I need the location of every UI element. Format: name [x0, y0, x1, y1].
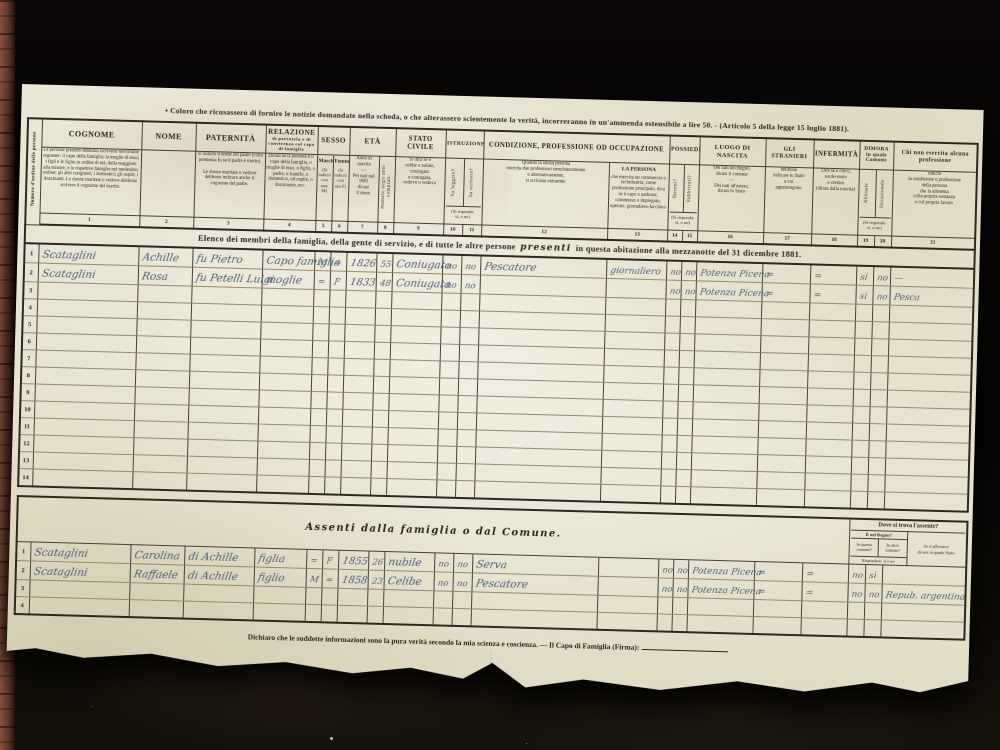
- cell: [256, 475, 308, 494]
- terreni-rotated: Terreni?: [673, 178, 679, 198]
- cell: =: [753, 580, 801, 600]
- cell: no: [681, 261, 697, 281]
- cell: [872, 305, 889, 322]
- handwritten-entry: Raffaele: [130, 569, 178, 583]
- terreni-cell: Terreni?: [669, 165, 683, 212]
- la-persona-note: che esercita un commercio o un'industria…: [609, 175, 667, 212]
- cell: [663, 367, 678, 384]
- row-number: 2: [16, 561, 31, 580]
- cell: [601, 433, 661, 452]
- handwritten-entry: 1833: [346, 278, 376, 291]
- cell: [373, 376, 389, 393]
- handwritten-entry: di Achille: [185, 552, 239, 566]
- cell: [678, 384, 693, 401]
- cell: [390, 326, 440, 344]
- cell: [341, 443, 371, 461]
- cell: [191, 303, 261, 322]
- cell: fu Petelli Luigi: [192, 267, 262, 288]
- col-number-19: 19: [857, 235, 874, 247]
- cell: [137, 285, 191, 303]
- cell: [660, 469, 675, 486]
- maschi-label: Maschi: [318, 158, 331, 165]
- handwritten-entry: =: [810, 291, 822, 302]
- handwritten-entry: 23: [368, 578, 383, 589]
- cell: =: [810, 264, 857, 285]
- handwritten-entry: no: [873, 293, 888, 304]
- handwritten-entry: Rosa: [138, 271, 168, 284]
- handwritten-entry: Potenza Picena: [688, 586, 761, 599]
- occasionale-rotated: Occasionale: [880, 179, 886, 208]
- cell: [847, 602, 864, 619]
- cell: [672, 597, 687, 614]
- col-note-paternita: Si indichi il nome del padre (colla prem…: [193, 151, 265, 219]
- cell: [805, 456, 851, 474]
- cell: [808, 337, 854, 355]
- cell: [135, 370, 189, 388]
- handwritten-entry: no: [673, 586, 688, 597]
- col-number-14: 14: [667, 230, 682, 242]
- cell: [677, 401, 692, 418]
- cell: [661, 452, 676, 469]
- handwritten-entry: no: [848, 591, 863, 602]
- col-note-possiede: Terreni?Fabbricati? (Si risponda: sì, o …: [667, 164, 699, 231]
- cell: [686, 615, 752, 634]
- cell: no: [673, 559, 689, 578]
- cell: [868, 441, 885, 458]
- cell: [756, 489, 804, 508]
- cell: [601, 450, 661, 469]
- cell: [136, 319, 190, 337]
- cell: [311, 357, 327, 374]
- cell: [29, 597, 129, 617]
- col-note-cognome: Le persone presenti debbono iscriversi n…: [40, 147, 142, 216]
- cell: [605, 278, 666, 299]
- handwritten-entry: 1858: [338, 576, 368, 589]
- cell: [387, 445, 437, 463]
- cell: [452, 591, 471, 609]
- cell: [308, 459, 324, 476]
- cell: [656, 614, 671, 632]
- absent-table: Assenti dalla famiglia o dal Comune. Dov…: [14, 495, 969, 641]
- cell: [687, 598, 753, 617]
- handwritten-entry: 48: [376, 280, 391, 291]
- cell: sì: [856, 266, 874, 286]
- col-number-8: 8: [377, 222, 393, 234]
- cell: moglie: [262, 269, 314, 289]
- cell: [851, 440, 868, 457]
- cell: =: [754, 561, 802, 581]
- cell: [375, 308, 391, 325]
- cell: [694, 334, 760, 353]
- cell: [805, 439, 851, 457]
- dimora-note: (Si risponda: sì, o no): [859, 217, 890, 236]
- col-number-7: 7: [347, 221, 377, 233]
- cell: [134, 404, 188, 422]
- cell: [388, 411, 438, 429]
- census-sheet: • Coloro che ricusassero di fornire le n…: [6, 84, 984, 702]
- cell: [311, 374, 327, 391]
- cell: [808, 354, 854, 372]
- cell: Scataglini: [30, 542, 130, 564]
- cell: [133, 421, 187, 439]
- cell: [129, 600, 183, 619]
- cell: [800, 618, 847, 637]
- handwritten-entry: no: [435, 560, 450, 571]
- cell: [312, 323, 328, 340]
- cell: [383, 606, 433, 625]
- cell: [458, 378, 477, 396]
- handwritten-entry: no: [849, 572, 864, 583]
- cell: Potenza Picena: [687, 579, 753, 600]
- cell: [188, 405, 258, 424]
- cell: [345, 307, 375, 325]
- cell: [852, 423, 869, 440]
- cell: [310, 408, 326, 425]
- handwritten-entry: =: [331, 259, 342, 270]
- cell: Potenza Picena: [696, 261, 763, 282]
- cell: di Achille: [184, 565, 254, 586]
- cell: [869, 407, 886, 424]
- cell: [312, 340, 328, 357]
- cell: [137, 302, 191, 320]
- cell: no: [680, 280, 696, 299]
- handwritten-entry: =: [802, 589, 814, 600]
- cell: Potenza Picena: [695, 281, 761, 302]
- cell: =: [801, 582, 848, 602]
- cell: [324, 477, 340, 495]
- cell: [370, 478, 386, 496]
- cell: [676, 435, 691, 452]
- handwritten-entry: no: [682, 269, 697, 280]
- cell: no: [848, 583, 866, 602]
- col-number-5: 5: [315, 220, 331, 232]
- col-header-luogo-nascita: LUOGO DI NASCITA: [699, 136, 766, 166]
- col-header-nome: NOME: [141, 121, 196, 151]
- cell: [389, 377, 439, 395]
- cell: [372, 393, 388, 410]
- handwritten-entry: sì: [866, 572, 877, 583]
- handwritten-entry: =: [763, 271, 775, 282]
- cell: [129, 583, 183, 601]
- cell: [457, 412, 476, 430]
- cell: [600, 484, 660, 503]
- row-number: 1: [24, 243, 39, 263]
- col-number-15: 15: [682, 230, 697, 242]
- row-number: 5: [22, 316, 36, 333]
- col-note-due-professioni: Quando la stessa persona esercita due pr…: [481, 159, 609, 228]
- cell: [761, 302, 809, 320]
- cell: Carolina: [130, 545, 184, 565]
- cell: [345, 290, 375, 308]
- cell: sì: [865, 564, 883, 583]
- col-note-infermita: Dire se è cieco, sordo-muto o cretino (i…: [811, 168, 859, 235]
- cell: 1833: [346, 271, 377, 291]
- cell: [136, 336, 190, 354]
- cell: [436, 463, 455, 481]
- cell: [337, 588, 367, 606]
- cell: [386, 462, 436, 480]
- cell: [440, 344, 459, 362]
- cell: [259, 356, 311, 374]
- handwritten-entry: no: [865, 591, 880, 602]
- dust-specks: [330, 737, 333, 740]
- cell: [337, 605, 367, 623]
- cell: [864, 602, 881, 619]
- row-number: 12: [19, 435, 33, 452]
- cell: [596, 612, 656, 631]
- cell: Scataglini: [30, 561, 130, 583]
- handwritten-entry: di Achille: [184, 571, 238, 585]
- cell: [598, 557, 658, 578]
- handwritten-entry: Scataglini: [38, 269, 96, 283]
- cell: [343, 375, 373, 393]
- row-number: 6: [22, 333, 36, 350]
- cell: [868, 458, 885, 475]
- cell: [847, 619, 864, 637]
- cell: [692, 419, 758, 438]
- cell: 1826: [346, 252, 377, 272]
- where-comune-pair: In questo comune?In altro comune?: [850, 539, 906, 558]
- cell: [387, 428, 437, 446]
- handwritten-entry: Potenza Picena: [697, 269, 770, 282]
- row-number: 7: [21, 350, 35, 367]
- cell: no: [460, 274, 480, 294]
- cell: [679, 333, 694, 350]
- cell: [870, 390, 887, 407]
- cell: Raffaele: [130, 564, 184, 584]
- col-header-possiede: POSSIEDE: [669, 136, 700, 165]
- cell: [850, 474, 867, 491]
- col-note-maschi: Maschi(Si indichi con una M): [315, 155, 333, 221]
- cell: [850, 491, 867, 509]
- cell: [661, 435, 676, 452]
- cell: [662, 401, 677, 418]
- handwritten-entry: no: [462, 263, 477, 274]
- cell: [460, 293, 479, 311]
- paper-crease: [489, 647, 492, 689]
- cell: no: [434, 553, 454, 573]
- cell: [305, 604, 321, 622]
- cell: [329, 307, 345, 324]
- cell: [326, 392, 342, 409]
- cell: no: [865, 583, 883, 602]
- cell: Pescatore: [480, 255, 606, 278]
- possiede-note: (Si risponda: sì, o no): [669, 212, 696, 231]
- cell: [134, 387, 188, 405]
- cell: [187, 439, 257, 458]
- cell: [597, 576, 657, 597]
- fabbricati-rotated: Fabbricati?: [687, 175, 693, 202]
- cell: [190, 320, 260, 339]
- cell: [439, 361, 458, 379]
- la-persona-title: LA PERSONA: [610, 166, 667, 174]
- cell: [867, 475, 884, 492]
- cell: [665, 316, 680, 333]
- cell: [881, 620, 965, 640]
- col-header-dimora: DIMORA in quale Comune: [859, 141, 894, 170]
- present-table: Numero d'ordine delle persone COGNOME NO…: [17, 117, 979, 513]
- handwritten-entry: no: [442, 281, 457, 292]
- col-note-la-persona: LA PERSONAche esercita un commercio o un…: [607, 162, 669, 230]
- cell: [455, 463, 474, 481]
- row-number: 3: [23, 282, 37, 299]
- cell: Coniugato: [392, 253, 443, 274]
- cell: [32, 469, 132, 489]
- cell: Scataglini: [38, 244, 138, 266]
- cell: [383, 589, 433, 607]
- cell: [760, 353, 808, 371]
- cell: [259, 373, 311, 391]
- cell: no: [657, 578, 673, 597]
- row-number: 11: [20, 418, 34, 435]
- cell: figlio: [254, 567, 306, 587]
- cell: [371, 427, 387, 444]
- cell: [458, 361, 477, 379]
- cell: [455, 480, 474, 498]
- handwritten-entry: Achille: [139, 252, 180, 265]
- handwritten-entry: Celibe: [384, 576, 422, 589]
- cell: [691, 436, 757, 455]
- cell: [367, 589, 383, 606]
- cell: Celibe: [383, 570, 433, 590]
- cell: [854, 321, 871, 338]
- where-absent-box: Dove si trova l'assente? È nel Regno? In…: [849, 519, 968, 568]
- cell: [459, 344, 478, 362]
- handwritten-entry: M: [306, 576, 319, 587]
- col-header-sesso: SESSO: [317, 126, 350, 155]
- cell: no: [452, 572, 472, 592]
- cell: [853, 372, 870, 389]
- cell: [604, 348, 664, 367]
- col-note-anni-compiuti: Numero degli anni compiuti: [377, 156, 395, 222]
- handwritten-entry: Carolina: [131, 550, 181, 564]
- cell: [678, 367, 693, 384]
- femmine-note: (Si indichi con una F): [334, 167, 348, 189]
- cell: [470, 609, 596, 630]
- handwritten-entry: moglie: [262, 275, 302, 288]
- cell: Repub. argentina: [882, 584, 967, 605]
- cell: [602, 416, 662, 435]
- cell: [341, 426, 371, 444]
- cell: [321, 605, 337, 623]
- cell: [187, 422, 257, 441]
- cell: [854, 338, 871, 355]
- handwritten-entry: =: [754, 569, 766, 580]
- cell: [258, 390, 310, 408]
- cell: [760, 319, 808, 337]
- cell: =: [762, 263, 811, 284]
- handwritten-entry: no: [434, 579, 449, 590]
- cell: [801, 601, 848, 619]
- handwritten-entry: no: [461, 282, 476, 293]
- cell: no: [658, 559, 674, 578]
- row-number: 3: [15, 580, 29, 597]
- cell: [133, 455, 187, 473]
- cell: [869, 424, 886, 441]
- handwritten-entry: no: [674, 567, 689, 578]
- handwritten-entry: no: [667, 269, 682, 280]
- cell: [374, 325, 390, 342]
- possiede-pair: Terreni?Fabbricati?: [669, 165, 697, 213]
- cell: [135, 353, 189, 371]
- cell: [808, 320, 854, 338]
- handwritten-entry: Pescatore: [472, 578, 528, 592]
- cell: [325, 426, 341, 443]
- cell: fu Pietro: [192, 248, 263, 269]
- cell: no: [461, 255, 481, 275]
- col-note-stato-civile: Si dica se è celibe o nubile, coniugato …: [393, 157, 445, 224]
- cell: [133, 438, 187, 456]
- cell: [854, 355, 871, 372]
- cell: [342, 409, 372, 427]
- cell: [694, 351, 760, 370]
- cell: [804, 473, 850, 491]
- cell: [692, 402, 758, 421]
- cell: [310, 391, 326, 408]
- col-header-relazione: RELAZIONEdi parentela o di convivenza co…: [265, 125, 318, 155]
- handwritten-entry: 26: [369, 559, 384, 570]
- cell: [864, 619, 881, 637]
- cell: [870, 373, 887, 390]
- cell: [871, 322, 888, 339]
- cell: no: [433, 572, 453, 592]
- cell: figlia: [254, 548, 306, 568]
- cell: [758, 421, 806, 439]
- firma-label: (Firma):: [612, 642, 639, 652]
- cell: [433, 608, 452, 626]
- cell: [344, 341, 374, 359]
- row-number: 1: [16, 542, 31, 561]
- cell: [260, 322, 312, 340]
- row-number: 14: [18, 469, 32, 487]
- handwritten-entry: no: [666, 288, 681, 299]
- cell: Rosa: [138, 266, 192, 286]
- handwritten-entry: Repub. argentina: [882, 592, 965, 605]
- col-number-20: 20: [874, 236, 891, 248]
- col-header-eta: ETÀ: [349, 127, 396, 157]
- cell: Pescatore: [471, 573, 597, 595]
- cell: no: [442, 254, 462, 274]
- cell: [695, 317, 761, 336]
- handwritten-entry: fu Pietro: [193, 254, 243, 268]
- cell: [665, 299, 680, 316]
- col-number-10: 10: [443, 224, 462, 236]
- row-number: 13: [19, 452, 33, 469]
- anni-compiuti-rotated: Numero degli anni compiuti: [380, 157, 393, 217]
- handwritten-entry: figlia: [255, 554, 286, 567]
- cell: [690, 470, 756, 489]
- handwritten-entry: sì: [856, 293, 867, 304]
- cell: [388, 394, 438, 412]
- cell: [189, 354, 259, 373]
- cell: 1858: [337, 569, 368, 589]
- row-number: 4: [15, 597, 29, 615]
- cell: [433, 591, 452, 609]
- cell: [693, 385, 759, 404]
- handwritten-entry: Serva: [472, 559, 507, 572]
- handwritten-entry: 55: [377, 261, 392, 272]
- cell: [261, 305, 313, 323]
- cell: =: [809, 284, 855, 304]
- cell: [853, 389, 870, 406]
- cell: Pesca: [889, 286, 973, 307]
- cell: —: [890, 267, 974, 289]
- cell: [603, 365, 663, 384]
- cell: [675, 486, 690, 504]
- row-number: 4: [23, 299, 37, 316]
- occasionale-cell: Occasionale: [874, 170, 891, 217]
- cell: [439, 378, 458, 396]
